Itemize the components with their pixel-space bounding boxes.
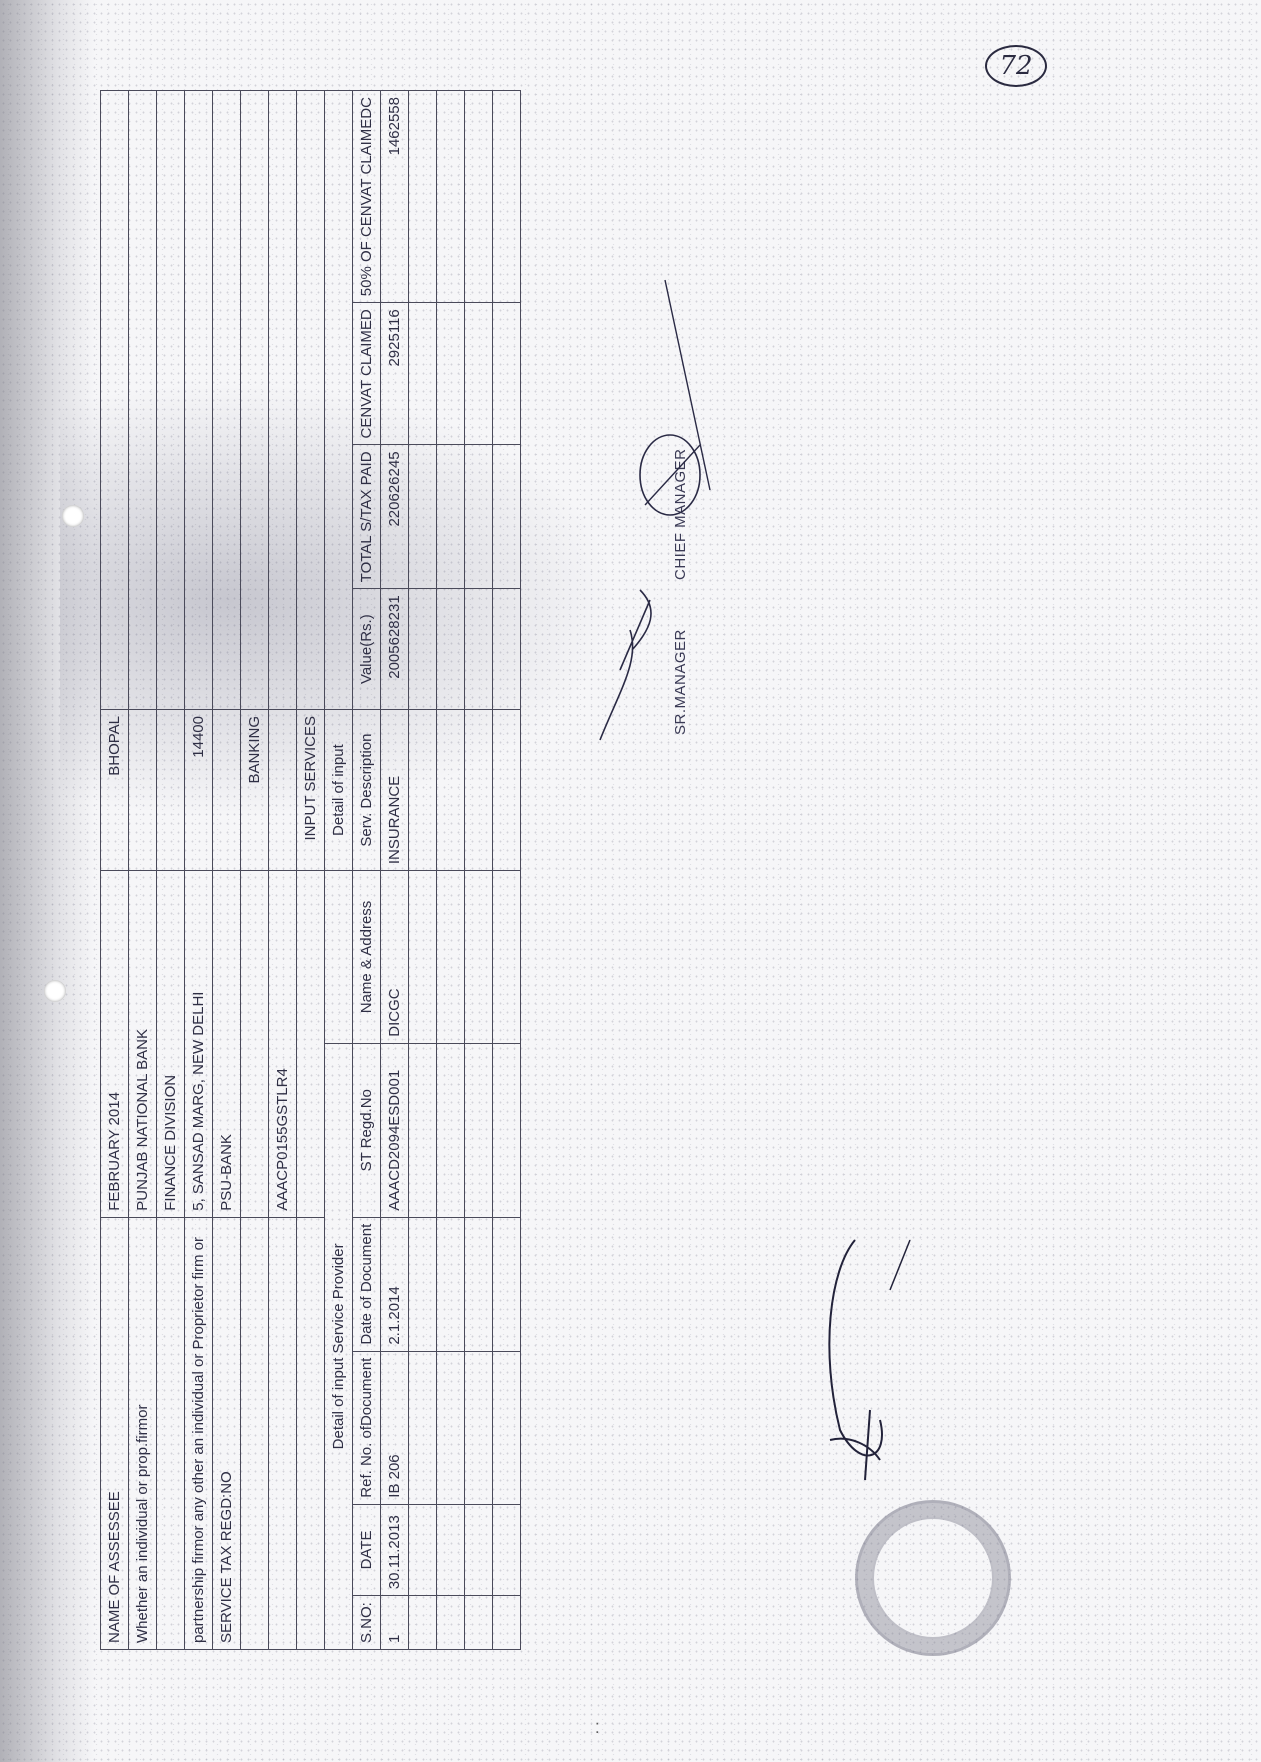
cell-total-stax-paid: 220626245 — [381, 445, 409, 589]
info-value: AAACP0155GSTLR4 — [269, 871, 297, 1218]
info-row: BANKING — [241, 91, 269, 1650]
column-header: Name & Address — [353, 871, 381, 1044]
column-header: Value(Rs.) — [353, 589, 381, 710]
column-header: Ref. No. ofDocument — [353, 1351, 381, 1504]
info-value: PSU-BANK — [213, 871, 241, 1218]
rotated-document: NAME OF ASSESSEEFEBRUARY 2014BHOPALWheth… — [90, 50, 530, 1690]
signature-marks — [560, 270, 730, 790]
info-label: SERVICE TAX REGD:NO — [213, 1217, 241, 1649]
info-label — [269, 1217, 297, 1649]
column-header: DATE — [353, 1504, 381, 1595]
page-number: 72 — [985, 45, 1047, 87]
scan-artifact: ⁚ — [595, 1720, 599, 1737]
info-value — [297, 871, 325, 1218]
info-row: FINANCE DIVISION — [157, 91, 185, 1650]
column-header: S.NO: — [353, 1596, 381, 1650]
info-value: FINANCE DIVISION — [157, 871, 185, 1218]
table-row: 130.11.2013IB 2062.1.2014AAACD2094ESD001… — [381, 91, 409, 1650]
info-extra — [213, 710, 241, 871]
cenvat-statement-table: NAME OF ASSESSEEFEBRUARY 2014BHOPALWheth… — [100, 90, 521, 1650]
info-value — [241, 871, 269, 1218]
info-label: NAME OF ASSESSEE — [101, 1217, 129, 1649]
info-extra — [157, 710, 185, 871]
info-extra: INPUT SERVICES — [297, 710, 325, 871]
info-extra: BANKING — [241, 710, 269, 871]
blank-row — [409, 91, 437, 1650]
column-header: 50% OF CENVAT CLAIMEDC — [353, 91, 381, 303]
cell-doc-date: 2.1.2014 — [381, 1217, 409, 1351]
info-row: AAACP0155GSTLR4 — [269, 91, 297, 1650]
info-row: SERVICE TAX REGD:NOPSU-BANK — [213, 91, 241, 1650]
column-header: ST Regd.No — [353, 1043, 381, 1217]
official-stamp — [855, 1500, 1011, 1656]
info-value: FEBRUARY 2014 — [101, 871, 129, 1218]
punch-hole — [62, 505, 84, 527]
input-section-header: Detail of input — [325, 710, 353, 871]
blank-row — [437, 91, 465, 1650]
info-row: partnership firmor any other an individu… — [185, 91, 213, 1650]
info-label — [241, 1217, 269, 1649]
scan-edge-shadow — [0, 0, 95, 1762]
cell-ref-no: IB 206 — [381, 1351, 409, 1504]
cell-st-regd-no: AAACD2094ESD001 — [381, 1043, 409, 1217]
blank-row — [493, 91, 521, 1650]
column-header: TOTAL S/TAX PAID — [353, 445, 381, 589]
cell-value: 2005628231 — [381, 589, 409, 710]
cell-cenvat-claimed: 2925116 — [381, 303, 409, 445]
provider-section-header: Detail of input Service Provider — [325, 1043, 353, 1649]
info-extra: 14400 — [185, 710, 213, 871]
section-header-row: Detail of input Service Provider Detail … — [325, 91, 353, 1650]
info-value: PUNJAB NATIONAL BANK — [129, 871, 157, 1218]
info-label: Whether an individual or prop.firmor — [129, 1217, 157, 1649]
column-header-row: S.NO:DATERef. No. ofDocumentDate of Docu… — [353, 91, 381, 1650]
column-header: CENVAT CLAIMED — [353, 303, 381, 445]
cell-cenvat-50pct: 1462558 — [381, 91, 409, 303]
column-header: Date of Document — [353, 1217, 381, 1351]
punch-hole — [44, 980, 66, 1002]
info-label — [157, 1217, 185, 1649]
info-extra — [269, 710, 297, 871]
signature-scrawl — [760, 1230, 960, 1490]
cell-name-address: DICGC — [381, 871, 409, 1044]
info-value: 5, SANSAD MARG, NEW DELHI — [185, 871, 213, 1218]
info-extra — [129, 710, 157, 871]
cell-sno: 1 — [381, 1596, 409, 1650]
cell-date: 30.11.2013 — [381, 1504, 409, 1595]
info-row: NAME OF ASSESSEEFEBRUARY 2014BHOPAL — [101, 91, 129, 1650]
column-header: Serv. Description — [353, 710, 381, 871]
info-label — [297, 1217, 325, 1649]
blank-row — [465, 91, 493, 1650]
cell-serv-description: INSURANCE — [381, 710, 409, 871]
info-label: partnership firmor any other an individu… — [185, 1217, 213, 1649]
info-row: Whether an individual or prop.firmorPUNJ… — [129, 91, 157, 1650]
info-extra: BHOPAL — [101, 710, 129, 871]
info-row: INPUT SERVICES — [297, 91, 325, 1650]
